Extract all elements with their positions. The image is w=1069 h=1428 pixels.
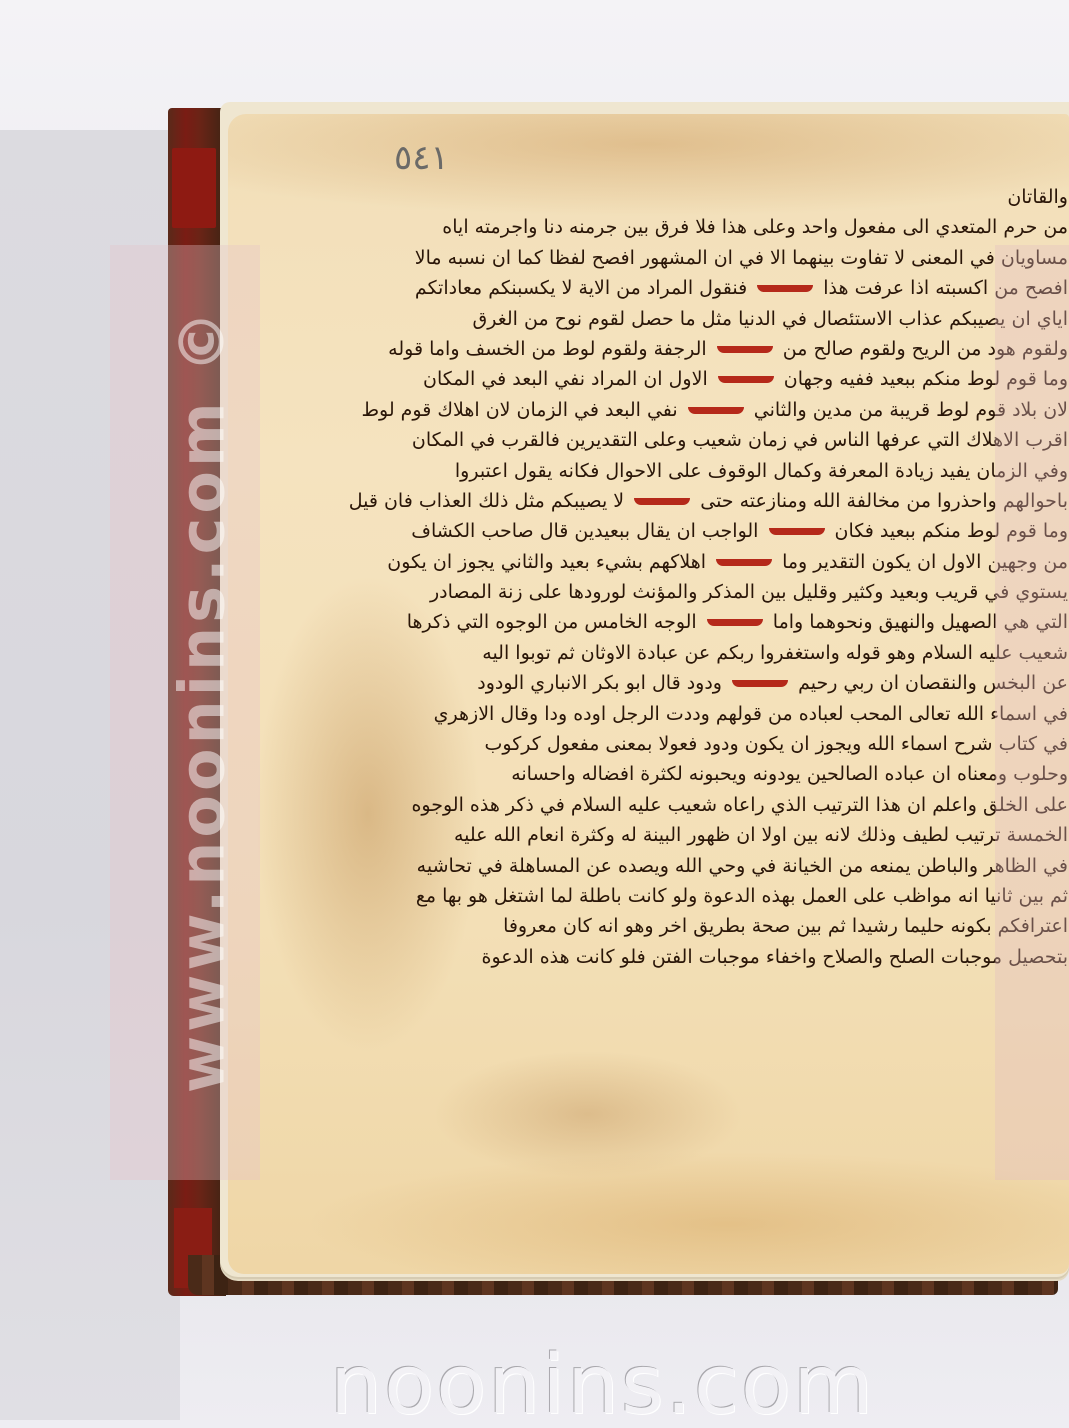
- manuscript-line: وحلوب ومعناه ان عباده الصالحين يودونه وي…: [308, 759, 1068, 789]
- manuscript-line: التي هي الصهيل والنهيق ونحوهما واما الوج…: [308, 607, 1068, 637]
- manuscript-line: الخمسة ترتيب لطيف وذلك لانه بين اولا ان …: [308, 820, 1068, 850]
- manuscript-line: والقاتان: [308, 182, 1068, 212]
- manuscript-line: مساويان في المعنى لا تفاوت بينهما الا في…: [308, 243, 1068, 273]
- manuscript-book: ٥٤١ والقاتانمن حرم المتعدي الى مفعول واح…: [168, 100, 1069, 1300]
- rubric-overline-mark: [769, 528, 825, 535]
- manuscript-line: وما قوم لوط منكم ببعيد فكان الواجب ان يق…: [308, 516, 1068, 546]
- manuscript-line: اقرب الاهلاك التي عرفها الناس في زمان شع…: [308, 425, 1068, 455]
- manuscript-line: ثم بين ثانيا انه مواظب على العمل بهذه ال…: [308, 881, 1068, 911]
- manuscript-line: باحوالهم واحذروا من مخالفة الله ومنازعته…: [308, 486, 1068, 516]
- spine-leather-patch: [172, 148, 216, 228]
- manuscript-line: على الخلق واعلم ان هذا الترتيب الذي راعا…: [308, 790, 1068, 820]
- rubric-overline-mark: [757, 285, 813, 292]
- manuscript-line: افصح من اكسبته اذا عرفت هذا فنقول المراد…: [308, 273, 1068, 303]
- manuscript-line: بتحصيل موجبات الصلح والصلاح واخفاء موجبا…: [308, 942, 1068, 972]
- manuscript-line: من حرم المتعدي الى مفعول واحد وعلى هذا ف…: [308, 212, 1068, 242]
- manuscript-line: في اسماء الله تعالى المحب لعباده من قوله…: [308, 699, 1068, 729]
- manuscript-line: لان بلاد قوم لوط قريبة من مدين والثاني ن…: [308, 395, 1068, 425]
- manuscript-line: في كتاب شرح اسماء الله ويجوز ان يكون ودو…: [308, 729, 1068, 759]
- manuscript-line: ولقوم هود من الريح ولقوم صالح من الرجفة …: [308, 334, 1068, 364]
- manuscript-line: اياي ان يصيبكم عذاب الاستئصال في الدنيا …: [308, 304, 1068, 334]
- rubric-overline-mark: [707, 619, 763, 626]
- rubric-overline-mark: [718, 376, 774, 383]
- manuscript-line: من وجهين الاول ان يكون التقدير وما اهلاك…: [308, 547, 1068, 577]
- manuscript-line: عن البخس والنقصان ان ربي رحيم ودود قال ا…: [308, 668, 1068, 698]
- rubric-overline-mark: [716, 559, 772, 566]
- manuscript-line: شعيب عليه السلام وهو قوله واستغفروا ربكم…: [308, 638, 1068, 668]
- manuscript-line: اعترافكم بكونه حليما رشيدا ثم بين صحة بط…: [308, 911, 1068, 941]
- watermark-bottom: noonins.com: [330, 1338, 750, 1428]
- rubric-overline-mark: [732, 680, 788, 687]
- manuscript-text-block: والقاتانمن حرم المتعدي الى مفعول واحد وع…: [308, 182, 1068, 972]
- rubric-overline-mark: [717, 346, 773, 353]
- watermark-band-right: [995, 245, 1069, 1180]
- manuscript-line: وما قوم لوط منكم ببعيد ففيه وجهان الاول …: [308, 364, 1068, 394]
- manuscript-page: ٥٤١ والقاتانمن حرم المتعدي الى مفعول واح…: [228, 114, 1069, 1274]
- manuscript-line: يستوي في قريب وبعيد وكثير وقليل بين المذ…: [308, 577, 1068, 607]
- manuscript-line: وفي الزمان يفيد زيادة المعرفة وكمال الوق…: [308, 456, 1068, 486]
- rubric-overline-mark: [688, 407, 744, 414]
- folio-number: ٥٤١: [394, 138, 449, 178]
- rubric-overline-mark: [634, 498, 690, 505]
- manuscript-line: في الظاهر والباطن يمنعه من الخيانة في وح…: [308, 851, 1068, 881]
- watermark-vertical: www.noonins.com ©: [166, 307, 239, 1093]
